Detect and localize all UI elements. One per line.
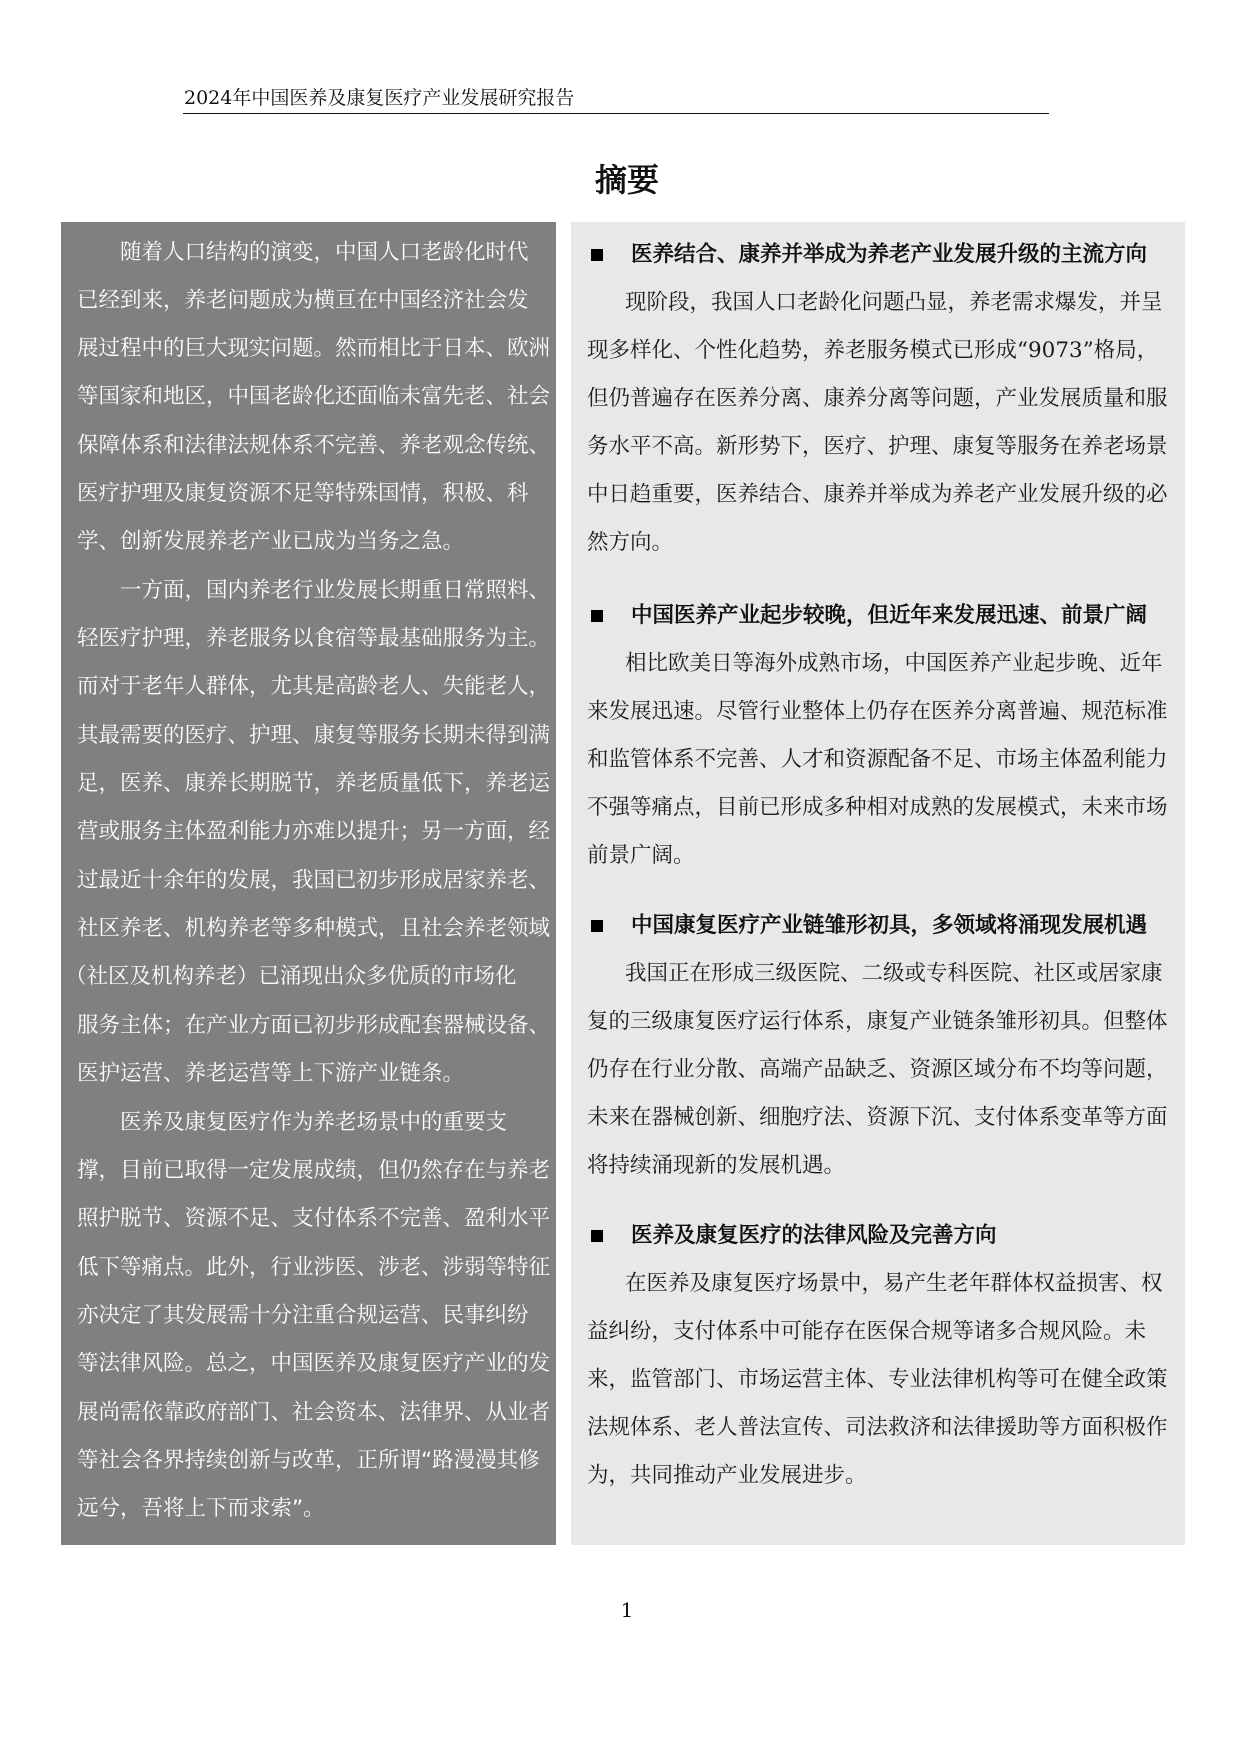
square-bullet-icon	[591, 610, 603, 622]
intro-line: 撑，目前已取得一定发展成绩，但仍然存在与养老	[77, 1157, 550, 1185]
summary-intro-panel: 随着人口结构的演变，中国人口老龄化时代 已经到来，养老问题成为横亘在中国经济社会…	[61, 222, 556, 1545]
finding-line: 仍存在行业分散、高端产品缺乏、资源区域分布不均等问题，	[587, 1056, 1168, 1084]
header-divider	[183, 113, 1049, 114]
finding-line: 在医养及康复医疗场景中，易产生老年群体权益损害、权	[625, 1270, 1163, 1298]
intro-line: 远兮，吾将上下而求索”。	[77, 1495, 325, 1523]
report-header-title: 2024年中国医养及康复医疗产业发展研究报告	[184, 86, 574, 110]
finding-heading: 医养结合、康养并举成为养老产业发展升级的主流方向	[587, 241, 1147, 269]
finding-line: 益纠纷，支付体系中可能存在医保合规等诸多合规风险。未	[587, 1318, 1146, 1346]
intro-line: 展尚需依靠政府部门、社会资本、法律界、从业者	[77, 1399, 550, 1427]
square-bullet-icon	[591, 920, 603, 932]
page-number: 1	[0, 1598, 1240, 1622]
finding-heading: 中国康复医疗产业链雏形初具，多领域将涌现发展机遇	[587, 912, 1147, 940]
intro-line: 等国家和地区，中国老龄化还面临未富先老、社会	[77, 383, 550, 411]
intro-line: 一方面，国内养老行业发展长期重日常照料、	[120, 577, 550, 605]
finding-line: 来发展迅速。尽管行业整体上仍存在医养分离普遍、规范标准	[587, 698, 1168, 726]
square-bullet-icon	[591, 249, 603, 261]
finding-line: 中日趋重要，医养结合、康养并举成为养老产业发展升级的必	[587, 481, 1168, 509]
finding-line: 为，共同推动产业发展进步。	[587, 1462, 867, 1490]
finding-line: 我国正在形成三级医院、二级或专科医院、社区或居家康	[625, 960, 1163, 988]
intro-line: （社区及机构养老）已涌现出众多优质的市场化	[65, 963, 517, 991]
intro-line: 服务主体；在产业方面已初步形成配套器械设备、	[77, 1012, 550, 1040]
intro-line: 亦决定了其发展需十分注重合规运营、民事纠纷	[77, 1302, 529, 1330]
finding-heading-text: 医养结合、康养并举成为养老产业发展升级的主流方向	[631, 241, 1147, 269]
finding-line: 相比欧美日等海外成熟市场，中国医养产业起步晚、近年	[625, 650, 1163, 678]
finding-line: 前景广阔。	[587, 842, 695, 870]
finding-line: 现多样化、个性化趋势，养老服务模式已形成“9073”格局，	[587, 337, 1158, 365]
finding-heading-text: 医养及康复医疗的法律风险及完善方向	[631, 1222, 997, 1250]
finding-line: 将持续涌现新的发展机遇。	[587, 1152, 845, 1180]
intro-line: 展过程中的巨大现实问题。然而相比于日本、欧洲	[77, 335, 550, 363]
intro-line: 已经到来，养老问题成为横亘在中国经济社会发	[77, 287, 529, 315]
finding-line: 不强等痛点，目前已形成多种相对成熟的发展模式，未来市场	[587, 794, 1168, 822]
intro-line: 低下等痛点。此外，行业涉医、涉老、涉弱等特征	[77, 1254, 550, 1282]
intro-line: 医护运营、养老运营等上下游产业链条。	[77, 1060, 464, 1088]
intro-line: 等法律风险。总之，中国医养及康复医疗产业的发	[77, 1350, 550, 1378]
finding-heading: 中国医养产业起步较晚，但近年来发展迅速、前景广阔	[587, 602, 1147, 630]
intro-line: 等社会各界持续创新与改革，正所谓“路漫漫其修	[77, 1447, 540, 1475]
intro-line: 过最近十余年的发展，我国已初步形成居家养老、	[77, 867, 550, 895]
page-title: 摘要	[0, 160, 1240, 200]
intro-line: 照护脱节、资源不足、支付体系不完善、盈利水平	[77, 1205, 550, 1233]
finding-line: 未来在器械创新、细胞疗法、资源下沉、支付体系变革等方面	[587, 1104, 1168, 1132]
finding-line: 来，监管部门、市场运营主体、专业法律机构等可在健全政策	[587, 1366, 1168, 1394]
intro-line: 而对于老年人群体，尤其是高龄老人、失能老人，	[77, 673, 550, 701]
intro-line: 其最需要的医疗、护理、康复等服务长期未得到满	[77, 722, 550, 750]
finding-line: 务水平不高。新形势下，医疗、护理、康复等服务在养老场景	[587, 433, 1168, 461]
finding-line: 和监管体系不完善、人才和资源配备不足、市场主体盈利能力	[587, 746, 1168, 774]
finding-line: 复的三级康复医疗运行体系，康复产业链条雏形初具。但整体	[587, 1008, 1168, 1036]
intro-line: 足，医养、康养长期脱节，养老质量低下，养老运	[77, 770, 550, 798]
finding-line: 但仍普遍存在医养分离、康养分离等问题，产业发展质量和服	[587, 385, 1168, 413]
finding-line: 法规体系、老人普法宣传、司法救济和法律援助等方面积极作	[587, 1414, 1168, 1442]
finding-line: 现阶段，我国人口老龄化问题凸显，养老需求爆发，并呈	[625, 289, 1163, 317]
intro-line: 社区养老、机构养老等多种模式，且社会养老领域	[77, 915, 550, 943]
intro-line: 医疗护理及康复资源不足等特殊国情，积极、科	[77, 480, 529, 508]
intro-line: 学、创新发展养老产业已成为当务之急。	[77, 528, 464, 556]
intro-line: 轻医疗护理，养老服务以食宿等最基础服务为主。	[77, 625, 550, 653]
square-bullet-icon	[591, 1230, 603, 1242]
intro-line: 营或服务主体盈利能力亦难以提升；另一方面，经	[77, 818, 550, 846]
finding-heading-text: 中国康复医疗产业链雏形初具，多领域将涌现发展机遇	[631, 912, 1147, 940]
finding-heading-text: 中国医养产业起步较晚，但近年来发展迅速、前景广阔	[631, 602, 1147, 630]
intro-line: 医养及康复医疗作为养老场景中的重要支	[120, 1109, 507, 1137]
key-findings-panel: 医养结合、康养并举成为养老产业发展升级的主流方向 现阶段，我国人口老龄化问题凸显…	[571, 222, 1185, 1545]
intro-line: 保障体系和法律法规体系不完善、养老观念传统、	[77, 432, 550, 460]
finding-line: 然方向。	[587, 529, 673, 557]
intro-line: 随着人口结构的演变，中国人口老龄化时代	[120, 239, 529, 267]
finding-heading: 医养及康复医疗的法律风险及完善方向	[587, 1222, 997, 1250]
